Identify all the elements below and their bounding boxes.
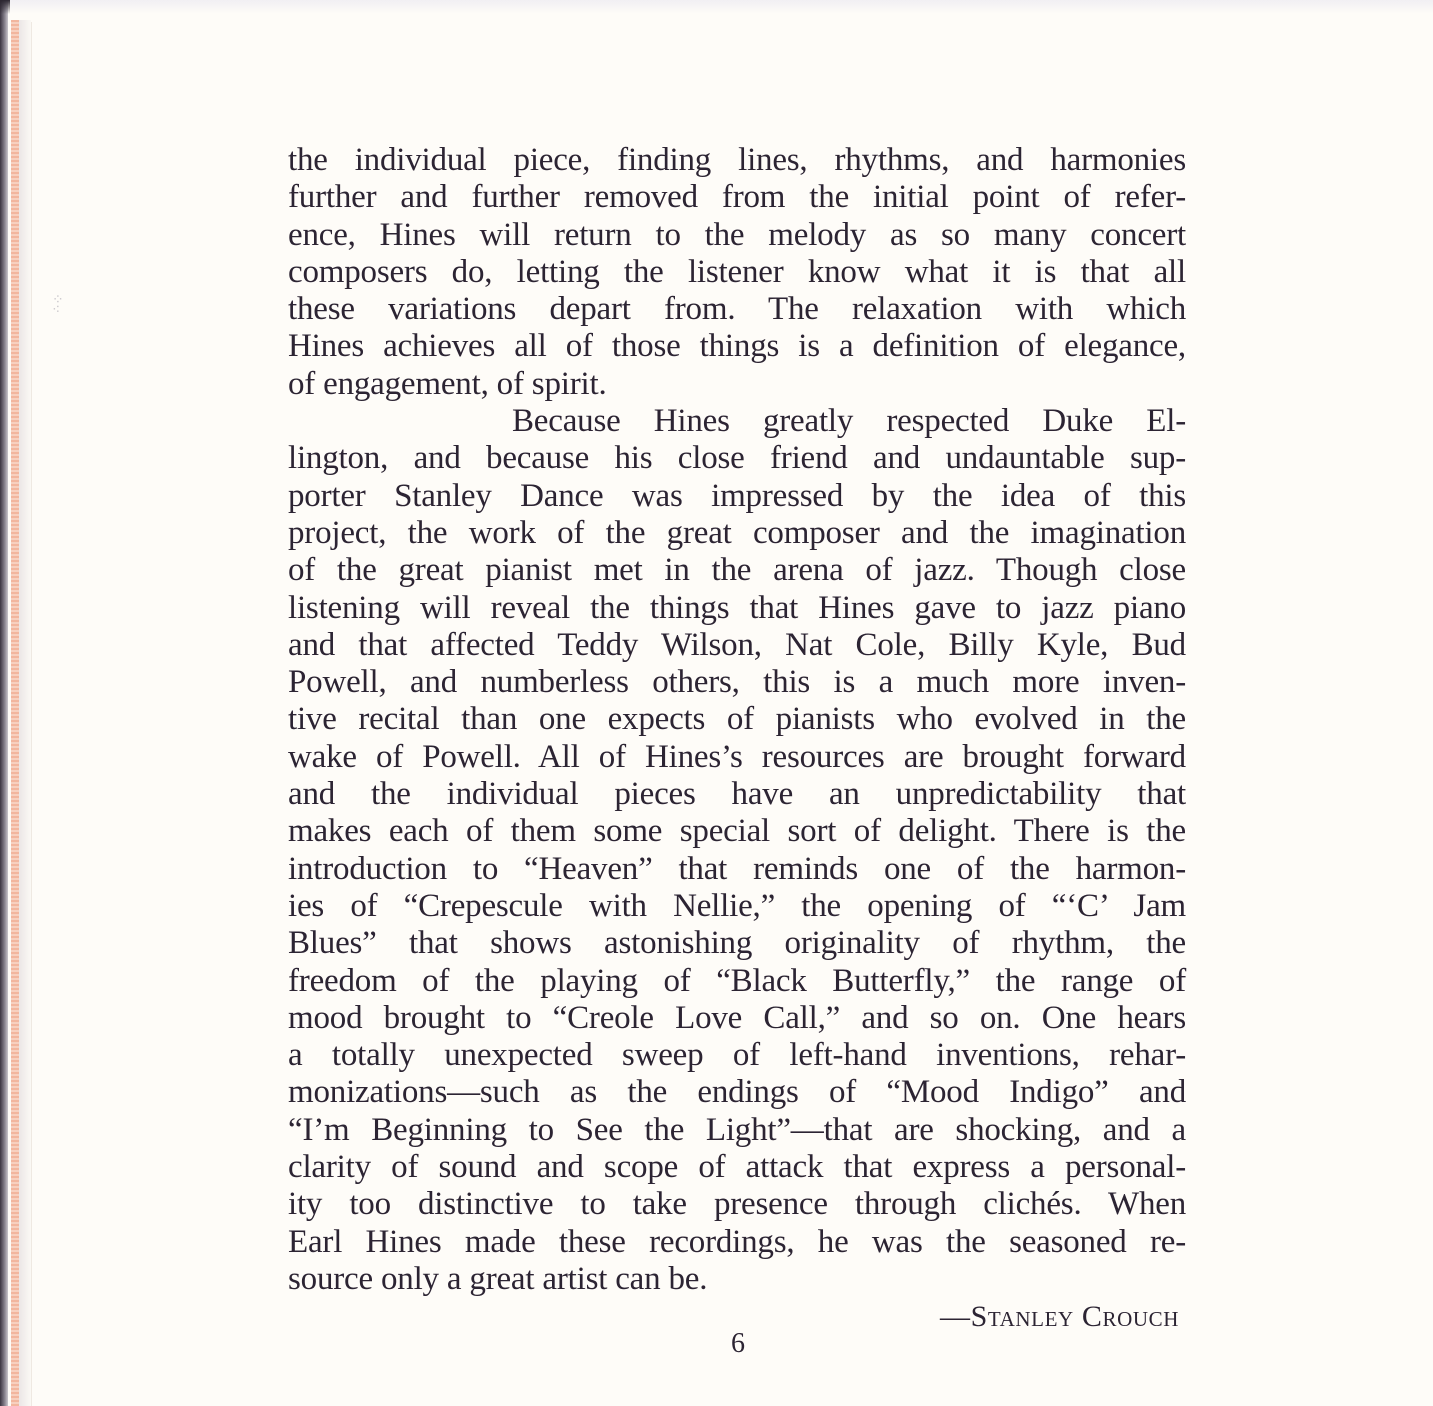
text-line: of engagement, of spirit. (288, 366, 1186, 403)
page-edge-stripe (11, 20, 19, 1406)
text-line: monizations—such as the endings of “Mood… (288, 1074, 1186, 1111)
text-line: introduction to “Heaven” that reminds on… (288, 851, 1186, 888)
text-line: listening will reveal the things that Hi… (288, 590, 1186, 627)
text-line: porter Stanley Dance was impressed by th… (288, 478, 1186, 515)
scan-speck: ⁘⁖ (52, 296, 78, 344)
page-top-edge (10, 0, 1433, 14)
text-line: the individual piece, finding lines, rhy… (288, 142, 1186, 179)
text-line: project, the work of the great composer … (288, 515, 1186, 552)
text-line: freedom of the playing of “Black Butterf… (288, 963, 1186, 1000)
book-binding-edge (0, 0, 8, 1406)
text-line: Earl Hines made these recordings, he was… (288, 1224, 1186, 1261)
text-line: of the great pianist met in the arena of… (288, 552, 1186, 589)
text-line: lington, and because his close friend an… (288, 440, 1186, 477)
text-line: tive recital than one expects of pianist… (288, 701, 1186, 738)
text-line: further and further removed from the ini… (288, 179, 1186, 216)
body-text: the individual piece, finding lines, rhy… (288, 142, 1186, 1298)
text-line: mood brought to “Creole Love Call,” and … (288, 1000, 1186, 1037)
text-line: clarity of sound and scope of attack tha… (288, 1149, 1186, 1186)
text-line: and the individual pieces have an unpred… (288, 776, 1186, 813)
paragraph-1: the individual piece, finding lines, rhy… (288, 142, 1186, 403)
text-line: ence, Hines will return to the melody as… (288, 217, 1186, 254)
text-line: a totally unexpected sweep of left-hand … (288, 1037, 1186, 1074)
text-line: ity too distinctive to take presence thr… (288, 1186, 1186, 1223)
page-edge-line (31, 22, 32, 1406)
text-line: makes each of them some special sort of … (288, 813, 1186, 850)
text-line: Hines achieves all of those things is a … (288, 328, 1186, 365)
text-line: Powell, and numberless others, this is a… (288, 664, 1186, 701)
page-edge-fade (19, 20, 31, 1406)
page-number: 6 (0, 1328, 1433, 1360)
text-line: these variations depart from. The relaxa… (288, 291, 1186, 328)
text-line: composers do, letting the listener know … (288, 254, 1186, 291)
text-line: source only a great artist can be. (288, 1261, 1186, 1298)
text-line: wake of Powell. All of Hines’s resources… (288, 739, 1186, 776)
paragraph-2: Because Hines greatly respected Duke El-… (288, 403, 1186, 1298)
text-line: Because Hines greatly respected Duke El- (288, 403, 1186, 440)
text-line: and that affected Teddy Wilson, Nat Cole… (288, 627, 1186, 664)
text-line: Blues” that shows astonishing originalit… (288, 925, 1186, 962)
text-line: “I’m Beginning to See the Light”—that ar… (288, 1112, 1186, 1149)
text-line: ies of “Crepescule with Nellie,” the ope… (288, 888, 1186, 925)
